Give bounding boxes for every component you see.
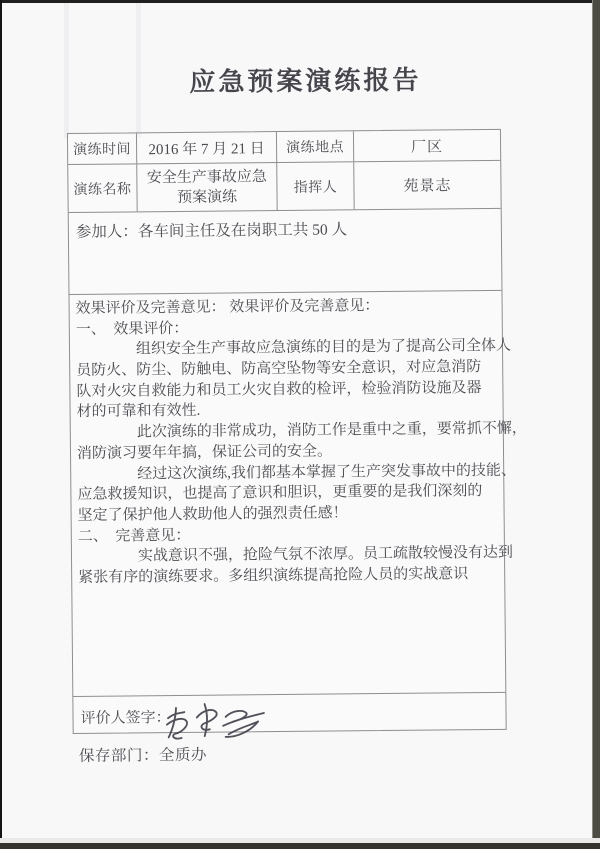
participants-text: 参加人：各车间主任及在岗职工共 50 人: [76, 221, 347, 241]
paper-sheet: 应急预案演练报告 演练时间 2016 年 7 月 21 日 演练地点 厂区 演练…: [0, 0, 600, 849]
save-department: 保存部门：全质办: [79, 743, 207, 766]
table-row-signature: 评价人签字：: [73, 692, 505, 735]
scanned-report-page: 应急预案演练报告 演练时间 2016 年 7 月 21 日 演练地点 厂区 演练…: [0, 0, 600, 849]
scan-edge-top: [0, 0, 600, 3]
drill-name-line1: 安全生产事故应急: [147, 167, 267, 188]
drill-time-label: 演练时间: [68, 133, 136, 164]
commander-value: 苑景志: [353, 161, 500, 209]
table-row-participants: 参加人：各车间主任及在岗职工共 50 人: [69, 208, 502, 294]
table-row-evaluation: 效果评价及完善意见： 效果评价及完善意见： 一、 效果评价： 组织安全生产事故应…: [69, 290, 505, 696]
drill-name-label: 演练名称: [68, 164, 136, 212]
report-table: 演练时间 2016 年 7 月 21 日 演练地点 厂区 演练名称 安全生产事故…: [67, 129, 507, 734]
scan-edge-right: [592, 0, 600, 849]
drill-name-value: 安全生产事故应急 预案演练: [136, 163, 276, 211]
table-row-time-place: 演练时间 2016 年 7 月 21 日 演练地点 厂区: [68, 130, 500, 164]
table-row-name-commander: 演练名称 安全生产事故应急 预案演练 指挥人 苑景志: [68, 160, 500, 212]
evaluation-line: 紧张有序的演练要求。多组织演练提高抢险人员的实战意识: [78, 564, 502, 589]
page-title: 应急预案演练报告: [5, 63, 600, 101]
commander-label: 指挥人: [276, 162, 353, 210]
drill-time-value: 2016 年 7 月 21 日: [136, 132, 276, 163]
scan-edge-bottom: [0, 843, 600, 849]
evaluation-line: 应急救援知识，也提高了意识和胆识，更重要的是我们深刻的: [77, 481, 501, 506]
scan-edge-left: [0, 0, 2, 849]
evaluation-line: 此次演练的非常成功，消防工作是重中之重，要常抓不懈，: [77, 419, 501, 444]
drill-place-value: 厂区: [353, 130, 500, 161]
drill-place-label: 演练地点: [276, 131, 353, 162]
drill-name-line2: 预案演练: [177, 187, 237, 208]
